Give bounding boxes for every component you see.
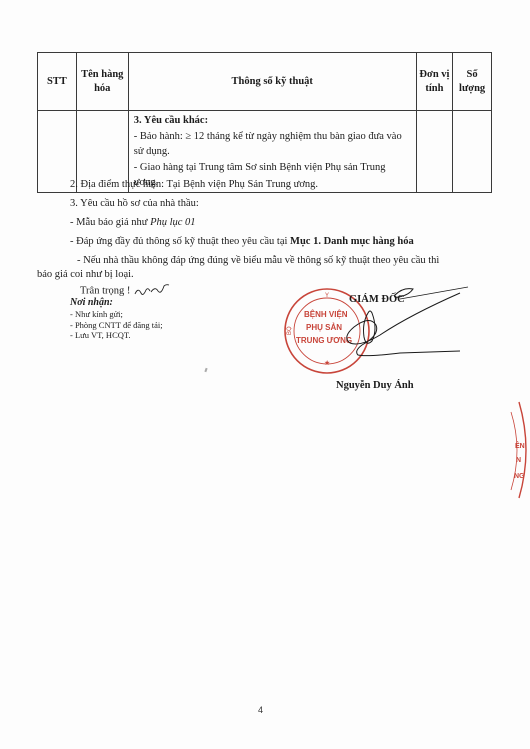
recipient-item: - Phòng CNTT để đăng tải; [70,320,163,331]
regards-text: Trân trọng ! [80,285,130,296]
spec-compliance-reference: Mục 1. Danh mục hàng hóa [290,236,414,247]
header-stt: STT [38,53,77,111]
svg-text:N: N [516,457,521,464]
header-qty-text: Số lượng [459,69,485,94]
rejection-line-2: báo giá coi như bị loại. [37,268,497,282]
scan-mark [204,368,207,372]
header-spec: Thông số kỹ thuật [128,53,416,111]
svg-text:Y: Y [325,293,329,299]
header-name: Tên hàng hóa [76,53,128,111]
spec-compliance-line: - Đáp ứng đầy đủ thông số kỹ thuật theo … [50,235,500,248]
quote-form-line: - Mẫu báo giá như Phụ lục 01 [50,216,500,229]
spec-table: STT Tên hàng hóa Thông số kỹ thuật Đơn v… [37,52,492,193]
director-signature-icon [340,285,470,375]
page-number: 4 [258,705,263,715]
header-unit-text: Đơn vị tính [419,69,449,94]
partial-stamp-icon: ÊN N NG [503,400,530,500]
document-page: STT Tên hàng hóa Thông số kỹ thuật Đơn v… [0,0,530,749]
initials-signature-icon [133,284,173,298]
svg-text:BỘ: BỘ [286,326,293,335]
recipients-block: Nơi nhận: - Như kính gửi; - Phòng CNTT đ… [70,297,163,341]
header-qty: Số lượng [453,53,492,111]
recipients-title: Nơi nhận: [70,297,163,309]
svg-text:★: ★ [324,359,330,367]
recipient-item: - Lưu VT, HCQT. [70,330,163,341]
quote-form-prefix: - Mẫu báo giá như [70,217,150,228]
rejection-line-1: - Nếu nhà thầu không đáp ứng đúng về biể… [77,255,439,266]
svg-text:PHỤ SẢN: PHỤ SẢN [306,323,342,332]
signer-name: Nguyễn Duy Ánh [336,380,414,391]
header-name-text: Tên hàng hóa [81,69,123,94]
recipient-item: - Như kính gửi; [70,309,163,320]
spec-line-warranty: - Bảo hành: ≥ 12 tháng kể từ ngày nghiệm… [134,129,412,160]
spec-compliance-prefix: - Đáp ứng đầy đủ thông số kỹ thuật theo … [70,236,290,247]
quote-form-appendix: Phụ lục 01 [150,217,196,228]
svg-text:ÊN: ÊN [515,441,525,450]
spec-heading: 3. Yêu cầu khác: [134,113,412,129]
rejection-paragraph: - Nếu nhà thầu không đáp ứng đúng về biể… [57,254,497,282]
requirements-title: 3. Yêu cầu hồ sơ của nhà thầu: [50,197,500,210]
location-paragraph: 2. Địa điểm thực hiện: Tại Bệnh viện Phụ… [50,178,500,191]
table-header-row: STT Tên hàng hóa Thông số kỹ thuật Đơn v… [38,53,492,111]
regards-line: Trân trọng ! [80,284,173,298]
svg-text:NG: NG [514,473,525,480]
header-unit: Đơn vị tính [416,53,453,111]
